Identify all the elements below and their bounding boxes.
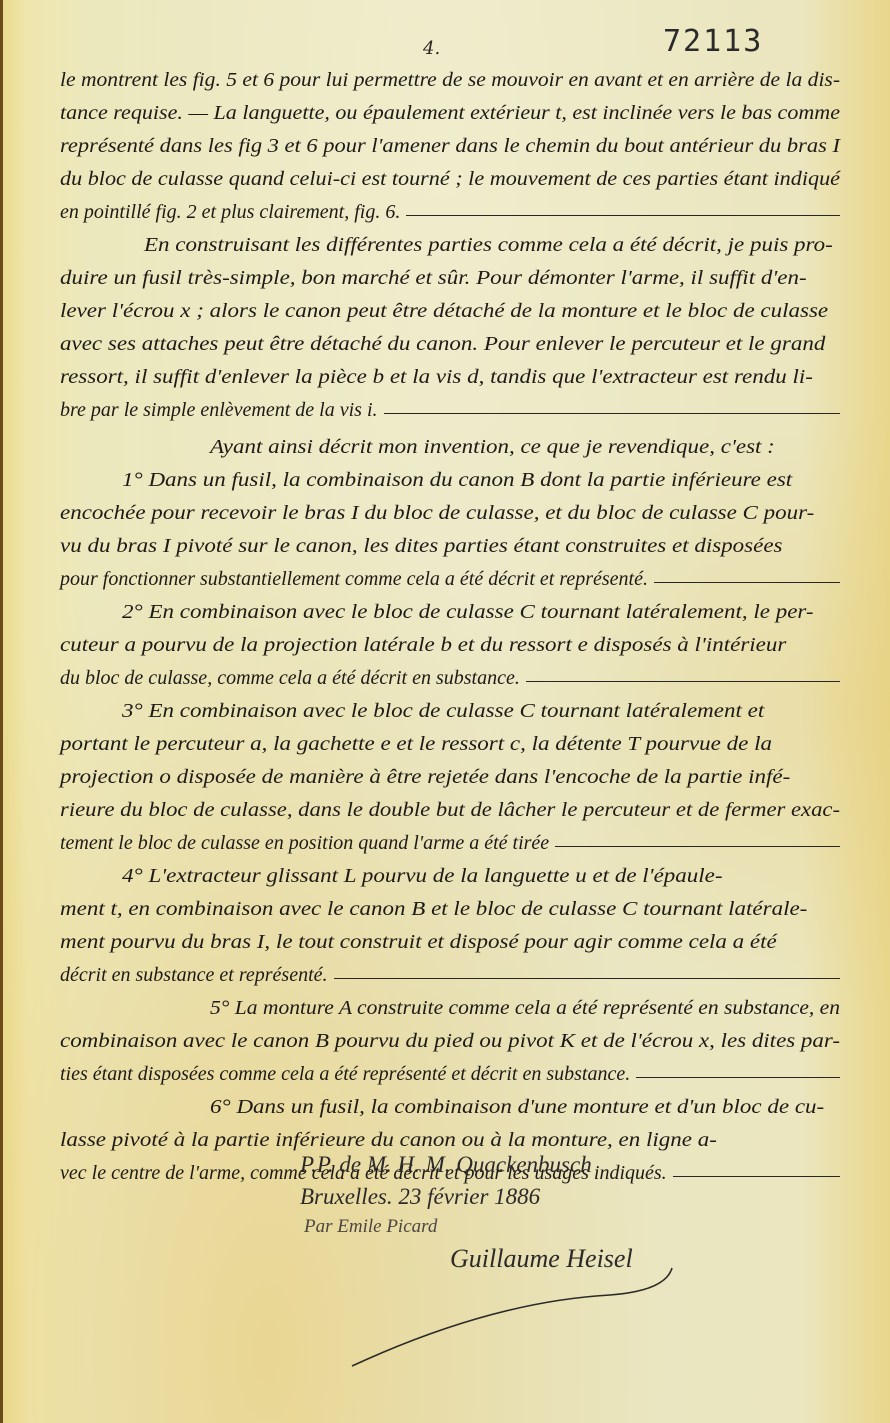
line-text: bre par le simple enlèvement de la vis i…: [60, 394, 378, 427]
text-line: tance requise. — La languette, ou épaule…: [60, 97, 840, 130]
line-text: encochée pour recevoir le bras I du bloc…: [60, 497, 814, 530]
line-text: ment t, en combinaison avec le canon B e…: [60, 893, 807, 926]
text-line: 4° L'extracteur glissant L pourvu de la …: [60, 860, 840, 893]
text-line: du bloc de culasse quand celui-ci est to…: [60, 163, 840, 196]
text-line: le montrent les fig. 5 et 6 pour lui per…: [60, 64, 840, 97]
line-text: représenté dans les fig 3 et 6 pour l'am…: [60, 130, 840, 163]
line-text: portant le percuteur a, la gachette e et…: [60, 728, 772, 761]
text-line: décrit en substance et représenté.: [60, 959, 840, 992]
text-line: ties étant disposées comme cela a été re…: [60, 1058, 840, 1091]
line-text: décrit en substance et représenté.: [60, 959, 328, 992]
signature-place-date: Bruxelles. 23 février 1886: [300, 1184, 540, 1210]
text-line: tement le bloc de culasse en position qu…: [60, 827, 840, 860]
line-text: vu du bras I pivoté sur le canon, les di…: [60, 530, 783, 563]
handwritten-body: le montrent les fig. 5 et 6 pour lui per…: [60, 64, 840, 1190]
text-line: 3° En combinaison avec le bloc de culass…: [60, 695, 840, 728]
document-number: 72113: [663, 24, 763, 59]
line-filler-dash: [673, 1176, 840, 1177]
line-filler-dash: [636, 1077, 840, 1078]
text-line: 6° Dans un fusil, la combinaison d'une m…: [60, 1091, 840, 1124]
line-text: ressort, il suffit d'enlever la pièce b …: [60, 361, 813, 394]
text-line: En construisant les différentes parties …: [60, 229, 840, 262]
line-text: pour fonctionner substantiellement comme…: [60, 563, 648, 596]
line-text: tance requise. — La languette, ou épaule…: [60, 97, 840, 130]
text-line: 5° La monture A construite comme cela a …: [60, 992, 840, 1025]
text-line: 2° En combinaison avec le bloc de culass…: [60, 596, 840, 629]
text-line: Ayant ainsi décrit mon invention, ce que…: [60, 431, 840, 464]
text-line: lever l'écrou x ; alors le canon peut êt…: [60, 295, 840, 328]
line-text: cuteur a pourvu de la projection latéral…: [60, 629, 786, 662]
line-text: 5° La monture A construite comme cela a …: [210, 992, 840, 1025]
text-line: ressort, il suffit d'enlever la pièce b …: [60, 361, 840, 394]
text-line: 1° Dans un fusil, la combinaison du cano…: [60, 464, 840, 497]
signature-clerk: Par Emile Picard: [304, 1216, 437, 1238]
signature-agent: P.P. de M. H. M. Quackenbusch: [300, 1152, 592, 1178]
line-text: lever l'écrou x ; alors le canon peut êt…: [60, 295, 828, 328]
line-text: duire un fusil très-simple, bon marché e…: [60, 262, 807, 295]
line-filler-dash: [384, 413, 841, 414]
line-text: 6° Dans un fusil, la combinaison d'une m…: [210, 1091, 824, 1124]
text-line: vu du bras I pivoté sur le canon, les di…: [60, 530, 840, 563]
text-line: duire un fusil très-simple, bon marché e…: [60, 262, 840, 295]
line-filler-dash: [555, 846, 840, 847]
text-line: du bloc de culasse, comme cela a été déc…: [60, 662, 840, 695]
text-line: avec ses attaches peut être détaché du c…: [60, 328, 840, 361]
line-text: ment pourvu du bras I, le tout construit…: [60, 926, 777, 959]
text-line: portant le percuteur a, la gachette e et…: [60, 728, 840, 761]
text-line: ment pourvu du bras I, le tout construit…: [60, 926, 840, 959]
line-text: 3° En combinaison avec le bloc de culass…: [122, 695, 764, 728]
line-text: ties étant disposées comme cela a été re…: [60, 1058, 630, 1091]
line-text: Ayant ainsi décrit mon invention, ce que…: [210, 431, 775, 464]
line-text: du bloc de culasse quand celui-ci est to…: [60, 163, 840, 196]
text-line: ment t, en combinaison avec le canon B e…: [60, 893, 840, 926]
line-filler-dash: [406, 215, 840, 216]
line-filler-dash: [654, 582, 840, 583]
text-line: encochée pour recevoir le bras I du bloc…: [60, 497, 840, 530]
line-text: combinaison avec le canon B pourvu du pi…: [60, 1025, 840, 1058]
text-line: combinaison avec le canon B pourvu du pi…: [60, 1025, 840, 1058]
line-text: le montrent les fig. 5 et 6 pour lui per…: [60, 64, 840, 97]
page-number: 4.: [423, 38, 440, 59]
line-text: tement le bloc de culasse en position qu…: [60, 827, 549, 860]
text-line: représenté dans les fig 3 et 6 pour l'am…: [60, 130, 840, 163]
text-line: cuteur a pourvu de la projection latéral…: [60, 629, 840, 662]
line-text: projection o disposée de manière à être …: [60, 761, 790, 794]
text-line: bre par le simple enlèvement de la vis i…: [60, 394, 840, 427]
line-text: en pointillé fig. 2 et plus clairement, …: [60, 196, 400, 229]
text-line: pour fonctionner substantiellement comme…: [60, 563, 840, 596]
signature-flourish: [350, 1260, 690, 1370]
line-text: 2° En combinaison avec le bloc de culass…: [122, 596, 814, 629]
page-edge: [0, 0, 3, 1423]
line-text: avec ses attaches peut être détaché du c…: [60, 328, 825, 361]
line-text: En construisant les différentes parties …: [144, 229, 833, 262]
line-text: 4° L'extracteur glissant L pourvu de la …: [122, 860, 723, 893]
text-line: projection o disposée de manière à être …: [60, 761, 840, 794]
text-line: rieure du bloc de culasse, dans le doubl…: [60, 794, 840, 827]
line-filler-dash: [526, 681, 840, 682]
line-text: rieure du bloc de culasse, dans le doubl…: [60, 794, 840, 827]
line-text: 1° Dans un fusil, la combinaison du cano…: [122, 464, 792, 497]
line-text: du bloc de culasse, comme cela a été déc…: [60, 662, 520, 695]
text-line: en pointillé fig. 2 et plus clairement, …: [60, 196, 840, 229]
line-filler-dash: [334, 978, 840, 979]
